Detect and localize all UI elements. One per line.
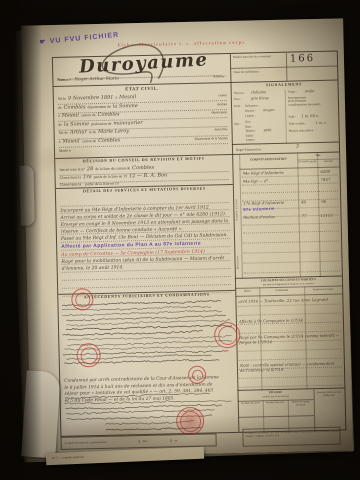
footer-right-cell: au [172,439,178,443]
handwritten-value: 12 — R. A. Bon [129,172,167,179]
print-label: partie de la liste en 19 [85,181,119,186]
footer-mid-cell: liste [140,439,172,443]
cheveux-value: châtains [251,90,266,94]
degre-value: 3 [296,144,299,149]
front-sub-label: Inclinaison : [245,104,259,108]
handwritten-value: Mesnil [62,113,79,119]
nez-sub-label: Base : [245,125,252,129]
matricule-number: 166 [290,53,315,65]
handwritten-value: Mesnil [119,94,136,100]
red-print-header: Fiches Matriculaire i. c. affectation co… [118,40,246,48]
yeux-value: gris bleus [251,96,269,100]
nez-label: Nez : [234,123,240,127]
handwritten-value: Combles [98,137,120,143]
print-label: département de [87,104,110,109]
front-sub-label: Hauteur : [245,109,256,113]
taille-value: 1 m. 68 c. [301,114,319,118]
visage-value: ovale [305,89,315,93]
print-label: canton [218,94,227,98]
print-label: de [58,123,62,127]
prenoms-label: Prénoms : [57,78,72,83]
print-label: domiciliés [214,128,227,132]
services-section: DÉTAIL DES SERVICES ET MUTATIONS DIVERSE… [56,184,235,295]
services-title: DÉTAIL DES SERVICES ET MUTATIONS DIVERSE… [56,186,233,194]
corps-row-name: Section d'exclus [243,214,274,220]
handwritten-value: la Somme [113,103,138,110]
corps-row-matricule: 7457 [321,177,331,182]
print-label: à [59,140,61,144]
print-label: de [58,105,62,109]
corps-row-name: 94e Régt d'Infanterie [242,170,283,176]
visage-label: Visage : [288,90,297,94]
book-spine-shadow [0,0,42,480]
handwritten-value: Combles [132,165,154,171]
name-header-section: Nom : Duroyaume Prénoms : Roger Arthur M… [53,54,231,86]
front-label: Front : [234,105,242,109]
bottom-note-box: Se rappeler, en relation, que pour les h… [242,427,340,447]
nez-sub-label: Saillie : [246,134,255,138]
front-sub-value: moyen [263,108,274,112]
surnoms-label: Surnoms : [213,75,226,79]
handwritten-value: 9 Novembre 1891 [68,95,114,102]
handwritten-value: Combles [98,112,120,118]
handwritten-value: 1re [83,174,92,180]
matricule-label: Numéro matricule du recrutement : [233,55,283,60]
print-label: Inscrit sous le n° [59,167,85,172]
print-label: partie de la liste en 19 [94,174,128,179]
handwritten-value: Arthur [70,130,87,136]
localites-table: LOCALITÉS SUCCESSIVES HABITÉES par suite… [235,275,345,390]
print-label: et de [89,130,96,135]
print-label: profession de [91,121,111,126]
handwritten-value: Marie Leroy [98,129,129,136]
nez-sub-label: Dos : [245,121,251,125]
localites-entry: Rayé par 9e Compagnie le 2/7/14 comme in… [239,333,339,345]
cheveux-label: Cheveux : [234,92,245,96]
handwritten-value: la Somme [64,121,89,128]
print-label: canton de [82,139,97,144]
infanterie-87-stamp: 87e Infanterie [243,206,275,212]
localites-col-dates: Dates [235,289,259,293]
nez-sub-label: Hauteur : [246,129,257,133]
print-label: fils de [59,131,68,136]
handwritten-value: manouvrier [113,120,142,127]
surname-value: Duroyaume [79,49,209,77]
classe-mobilisation-label: Classe de mobilisation : [233,70,283,75]
renseignements-label: Renseignements physionomiques complément… [288,96,322,107]
epoques-col: Périodes d'exercices [264,402,287,405]
print-label: Classé dans la [60,175,82,180]
numeros-header: Nos [297,154,339,158]
print-label: département de la Somme [195,137,228,141]
marques-label: Marques particulières : [289,129,333,133]
corps-row-name: 17e Régt d'Infanterie [243,200,284,206]
corps-affectation-table: Armée active Réserve CORPS D'AFFECTATION… [232,152,342,279]
localites-col-subdivision: Subdivision de région [304,287,342,291]
vu-stamp-text: VU FVU FICHIER [50,32,120,45]
controle-special-header: au contrôle spécial [298,160,316,163]
yeux-label: Yeux : [234,98,241,102]
print-label: Né le [58,97,66,102]
etat-civil-section: ÉTAT CIVIL. Né le9 Novembre 1891àMesnilc… [54,82,233,159]
register-page: ☛ VU FVU FICHIER Fiches Matriculaire i. … [21,18,353,457]
lower-strip-text: N° 7 — contrôle matricule [52,456,84,461]
handwritten-value: Combles [64,104,86,110]
armee-active-vertical-label: Armée active [233,171,238,221]
print-label: Classé dans la [60,182,82,187]
print-label: de la liste du canton de [95,166,130,171]
prenoms-value: Roger Arthur Marie [75,77,119,83]
epoques-right-col: Dates des visites aux corps d'affectatio… [316,392,343,398]
nez-sub-label: Largeur : [246,138,256,142]
taille-label: Taille : [288,115,296,119]
corps-row-name: 94e Rgt — d° [243,178,269,184]
nez-sub-value: petit [264,128,272,132]
print-label: à [115,96,117,100]
archive-vu-stamp: ☛ VU FVU FICHIER [39,31,119,46]
matricule-header-boxes: Numéro matricule du recrutement : 166 Cl… [230,52,338,82]
print-label: Marié à [59,148,71,153]
handwritten-value: Mesnil [62,138,79,144]
handwritten-value: 28 [87,166,94,172]
corps-row-controle: 46 [301,199,306,204]
print-label: résidant [217,103,227,107]
corps-row-matricule: 11115 [320,213,332,218]
epoques-col: Accidents du travail [239,402,262,405]
corps-row-matricule: 6280 [320,169,330,174]
localites-entry: avril 1914 — Tourlaville, 22 rue Anne Le… [238,297,338,304]
footer-left-cell: de garde des notes de communication [62,440,140,445]
degre-label: Degré d'instruction : [236,147,262,152]
print-label: à [58,114,60,118]
corps-row-controle: 77 [301,213,306,218]
reserve-vertical-label: Réserve [235,229,240,269]
signalement-title: SIGNALEMENT [231,82,338,88]
photo-backdrop: N° 7 — contrôle matricule ☛ VU FVU FICHI… [0,0,360,480]
matricule-col-header: matricule [318,160,338,163]
corps-title: CORPS D'AFFECTATION [242,158,294,163]
front-sub-label: Largeur : [245,114,255,118]
taille-rectifiee-value: 1 m. c. [315,121,327,125]
print-label: canton de [81,113,96,118]
print-label: département [211,111,227,115]
localites-entry: Noté : contrôle spécial criminel — conda… [240,361,340,373]
signalement-section: SIGNALEMENT Cheveux : châtains Yeux : gr… [230,80,338,145]
epoques-col: Réserve de l'armée territoriale [289,401,313,407]
corps-row-matricule: 96 [321,199,326,204]
localites-col-communes: Communes [259,288,304,293]
